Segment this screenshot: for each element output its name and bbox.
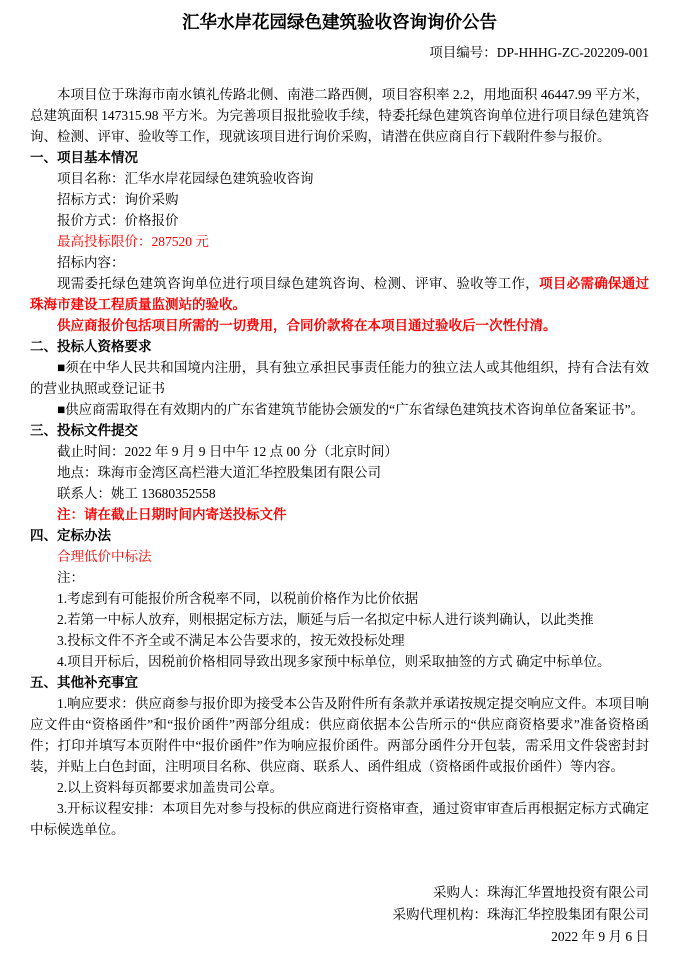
tender-method-line: 招标方式：询价采购 [30,189,649,210]
tender-content-label: 招标内容： [30,252,649,273]
supplement-item-1: 1.响应要求：供应商参与报价即为接受本公告及附件所有条款并承诺按规定提交响应文件… [30,693,649,777]
supplement-item-2: 2.以上资料每页都要求加盖贵司公章。 [30,777,649,798]
tender-content-paragraph: 现需委托绿色建筑咨询单位进行项目绿色建筑咨询、检测、评审、验收等工作，项目必需确… [30,273,649,315]
payment-note-paragraph: 供应商报价包括项目所需的一切费用，合同价款将在本项目通过验收后一次性付清。 [30,315,649,336]
contact-line: 联系人：姚工 13680352558 [30,483,649,504]
section-heading-4: 四、定标办法 [30,525,649,546]
document-footer: 采购人：珠海汇华置地投资有限公司 采购代理机构：珠海汇华控股集团有限公司 202… [30,882,649,948]
intro-paragraph: 本项目位于珠海市南水镇礼传路北侧、南港二路西侧，项目容积率 2.2，用地面积 4… [30,84,649,147]
agency-line: 采购代理机构：珠海汇华控股集团有限公司 [30,904,649,926]
date-line: 2022 年 9 月 6 日 [30,926,649,948]
address-line: 地点：珠海市金湾区高栏港大道汇华控股集团有限公司 [30,462,649,483]
note-item-3: 3.投标文件不齐全或不满足本公告要求的，按无效投标处理 [30,630,649,651]
document-title: 汇华水岸花园绿色建筑验收咨询询价公告 [30,10,649,34]
document-body: 本项目位于珠海市南水镇礼传路北侧、南港二路西侧，项目容积率 2.2，用地面积 4… [30,84,649,840]
quote-method-line: 报价方式：价格报价 [30,210,649,231]
purchaser-line: 采购人：珠海汇华置地投资有限公司 [30,882,649,904]
section-heading-5: 五、其他补充事宜 [30,672,649,693]
note-item-4: 4.项目开标后，因税前价格相同导致出现多家预中标单位，则采取抽签的方式 确定中标… [30,651,649,672]
section-heading-2: 二、投标人资格要求 [30,336,649,357]
section-heading-1: 一、项目基本情况 [30,147,649,168]
award-method-line: 合理低价中标法 [30,546,649,567]
note-label: 注： [30,567,649,588]
deadline-line: 截止时间：2022 年 9 月 9 日中午 12 点 00 分（北京时间） [30,441,649,462]
supplement-item-3: 3.开标议程安排：本项目先对参与投标的供应商进行资格审查，通过资审审查后再根据定… [30,798,649,840]
section-heading-3: 三、投标文件提交 [30,420,649,441]
max-price-line: 最高投标限价：287520 元 [30,231,649,252]
submission-note-line: 注：请在截止日期时间内寄送投标文件 [30,504,649,525]
note-item-1: 1.考虑到有可能报价所含税率不同，以税前价格作为比价依据 [30,588,649,609]
project-name-line: 项目名称：汇华水岸花园绿色建筑验收咨询 [30,168,649,189]
note-item-2: 2.若第一中标人放弃，则根据定标方法，顺延与后一名拟定中标人进行谈判确认，以此类… [30,609,649,630]
qualification-item-2: ■供应商需取得在有效期内的广东省建筑节能协会颁发的“广东省绿色建筑技术咨询单位备… [30,399,649,420]
qualification-item-1: ■须在中华人民共和国境内注册，具有独立承担民事责任能力的独立法人或其他组织，持有… [30,357,649,399]
document-page: 汇华水岸花园绿色建筑验收咨询询价公告 项目编号：DP-HHHG-ZC-20220… [0,0,681,958]
project-number: 项目编号：DP-HHHG-ZC-202209-001 [30,42,649,63]
